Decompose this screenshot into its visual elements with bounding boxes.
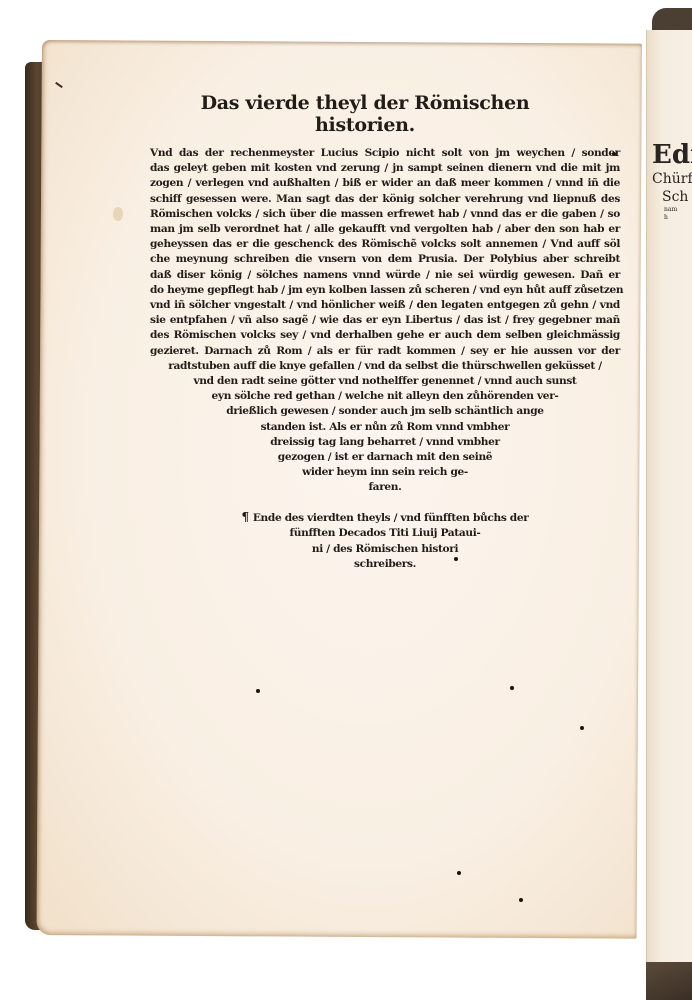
- text-line: standen ist. Als er nůn zů Rom vnnd vmbh…: [150, 420, 620, 435]
- colophon-line: fünfften Decados Titi Liuij Pataui-: [150, 526, 620, 542]
- facing-page-line: h: [664, 214, 692, 222]
- wormhole-mark: [519, 898, 523, 902]
- colophon: ¶Ende des vierdten theyls / vnd fünfften…: [150, 510, 620, 573]
- colophon-line: schreibers.: [150, 557, 620, 573]
- text-line: man jm selb verordnet hat / alle gekauff…: [150, 222, 620, 237]
- stain-mark: [113, 207, 123, 221]
- wormhole-mark: [454, 557, 458, 561]
- facing-page-line: nam: [664, 206, 692, 214]
- wormhole-mark: [256, 689, 260, 693]
- wormhole-mark: [457, 871, 461, 875]
- text-line: wider heym inn sein reich ge-: [150, 465, 620, 480]
- page-title: Das vierde theyl der Römischen historien…: [150, 92, 620, 136]
- page-text: Das vierde theyl der Römischen historien…: [150, 92, 620, 573]
- wormhole-mark: [510, 686, 514, 690]
- wormhole-mark: [612, 152, 616, 156]
- pilcrow-icon: ¶: [242, 510, 249, 524]
- text-line: sie entpfahen / vñ also sagẽ / wie das e…: [150, 313, 620, 328]
- text-line: do heyme gepflegt hab / jm eyn kolben la…: [150, 283, 620, 298]
- colophon-line: ni / des Römischen histori: [150, 542, 620, 558]
- text-line: daß diser könig / sölches namens vnnd wü…: [150, 268, 620, 283]
- text-line: Vnd das der rechenmeyster Lucius Scipio …: [150, 146, 620, 161]
- text-line: gezieret. Darnach zů Rom / als er für ra…: [150, 344, 620, 359]
- facing-page-line: Chürf: [652, 170, 692, 188]
- text-line: geheyssen das er die geschenck des Römis…: [150, 237, 620, 252]
- facing-page-line: Edn: [652, 140, 692, 170]
- text-line: vnd den radt seine götter vnd nothelffer…: [150, 374, 620, 389]
- facing-page-line: Sch: [662, 188, 692, 206]
- text-line: schiff gesessen were. Man sagt das der k…: [150, 192, 620, 207]
- text-line: eyn sölche red gethan / welche nit alley…: [150, 389, 620, 404]
- text-line: zogen / verlegen vnd außhalten / biß er …: [150, 176, 620, 191]
- text-line: che meynung schreiben die vnsern von dem…: [150, 252, 620, 267]
- wormhole-mark: [580, 726, 584, 730]
- text-line: drießlich gewesen / sonder auch jm selb …: [150, 404, 620, 419]
- text-line: das geleyt geben mit kosten vnd zerung /…: [150, 161, 620, 176]
- book-cover-right-bottom: [646, 962, 692, 1000]
- facing-page-text: Edn Chürf Sch nam h: [652, 140, 692, 222]
- text-line: vnd iñ sölcher vngestalt / vnd hönlicher…: [150, 298, 620, 313]
- text-line: radtstuben auff die knye gefallen / vnd …: [150, 359, 620, 374]
- text-line: faren.: [150, 480, 620, 495]
- text-line: Römischen volcks / sich über die massen …: [150, 207, 620, 222]
- text-line: gezogen / ist er darnach mit den seinẽ: [150, 450, 620, 465]
- text-line: des Römischen volcks sey / vnd derhalben…: [150, 328, 620, 343]
- text-line: dreissig tag lang beharret / vnnd vmbher: [150, 435, 620, 450]
- body-text: Vnd das der rechenmeyster Lucius Scipio …: [150, 146, 620, 496]
- colophon-line: Ende des vierdten theyls / vnd fünfften …: [253, 512, 529, 524]
